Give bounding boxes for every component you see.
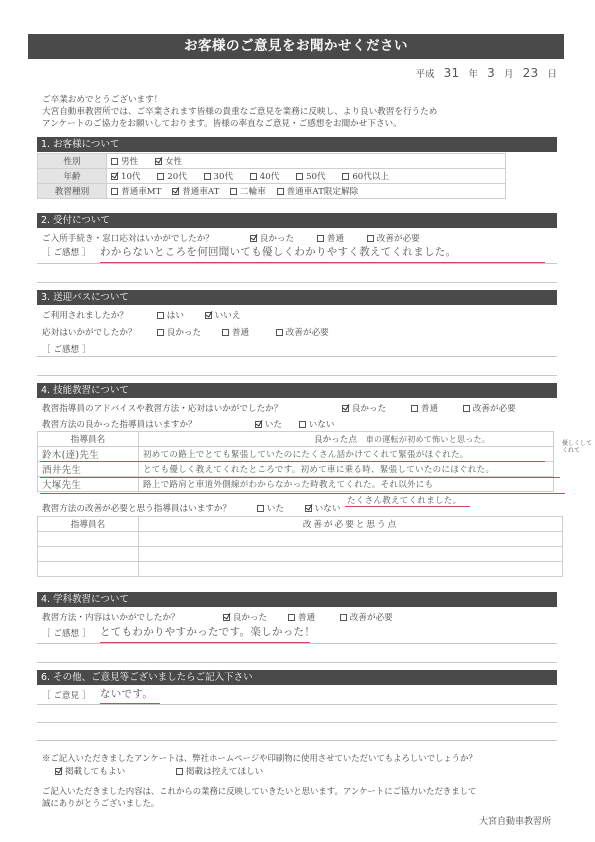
checkbox-icon[interactable] (250, 173, 257, 180)
divider (37, 263, 557, 264)
instructor-name[interactable]: 鈴木(達)先生 (38, 447, 139, 462)
date-year-label: 年 (469, 69, 479, 80)
instructor-advice-question: 教習指導員のアドバイスや教習方法・応対はいかがでしたか？ 良かった 普通 改善が… (42, 402, 530, 414)
option-existed[interactable]: いた (255, 420, 282, 430)
option-normal[interactable]: 普通 (411, 404, 438, 414)
instructor-name-header: 指導員名 (38, 432, 139, 447)
good-point[interactable]: 路上で路肩と車道外側線がわからなかった時教えてくれた。それ以外にも (139, 477, 554, 492)
table-row: 大塚先生 路上で路肩と車道外側線がわからなかった時教えてくれた。それ以外にも (38, 477, 554, 492)
instructor-name[interactable] (38, 532, 139, 547)
good-point[interactable]: 初めての路上でとても緊張していたのにたくさん話かけてくれて緊張がほぐれた。 (139, 447, 554, 462)
other-comment[interactable]: ないです。 (100, 686, 153, 701)
checkbox-icon[interactable] (230, 188, 237, 195)
section-5-header: 4. 学科教習について (37, 592, 557, 607)
option-needs-improvement[interactable]: 改善が必要 (367, 234, 420, 244)
table-row (38, 547, 563, 562)
divider (37, 662, 557, 663)
divider (37, 740, 557, 741)
option-publish-ok[interactable]: 掲載してもよい (55, 767, 125, 777)
consent-options: 掲載してもよい 掲載は控えてほしい (55, 765, 277, 777)
checkbox-icon[interactable] (257, 505, 264, 512)
improve-points-header: 改善が必要と思う点 (139, 517, 563, 532)
other-comment-label: ［ ご意見 ］ (42, 689, 90, 701)
thanks-text: ご記入いただきました内容は、これからの業務に反映していきたいと思います。アンケー… (42, 785, 476, 809)
customer-info-table: 性別 男性 女性 年齢 10代 20代 30代 40代 50代 60代以上 教習… (37, 153, 506, 199)
checkbox-icon[interactable] (111, 188, 118, 195)
header-note: 車の運転が初めて怖いと思った。 (366, 435, 491, 444)
checkbox-icon[interactable] (111, 158, 118, 165)
option-40s[interactable]: 40代 (250, 172, 280, 182)
checkbox-icon[interactable] (463, 405, 470, 412)
instructor-name-header: 指導員名 (38, 517, 139, 532)
school-name: 大宮自動車教習所 (479, 814, 551, 827)
checkbox-checked-icon[interactable] (223, 614, 230, 621)
checkbox-checked-icon[interactable] (172, 188, 179, 195)
reception-comment-label: ［ ご感想 ］ (42, 246, 90, 258)
section-4-header: 4. 技能教習について (37, 383, 557, 398)
checkbox-icon[interactable] (222, 329, 229, 336)
instructor-name[interactable] (38, 547, 139, 562)
option-normal[interactable]: 普通 (288, 613, 315, 623)
table-row: 酒井先生 とても優しく教えてくれたところです。初めて車に乗る時、緊張していたのに… (38, 462, 554, 477)
intro-line-2: 大宮自動車教習所では、ご卒業されます皆様の貴重なご意見を業務に反映し、より良い教… (42, 106, 437, 118)
section-1-header: 1. お客様について (37, 137, 557, 152)
option-at[interactable]: 普通車AT (172, 187, 219, 197)
checkbox-checked-icon[interactable] (255, 421, 262, 428)
thanks-line-1: ご記入いただきました内容は、これからの業務に反映していきたいと思います。アンケー… (42, 785, 476, 797)
continuation-comment[interactable]: たくさん教えてくれました。 (347, 494, 461, 506)
intro-text: ご卒業おめでとうございます！ 大宮自動車教習所では、ご卒業されます皆様の貴重なご… (42, 94, 437, 130)
course-type-row: 教習種別 普通車MT 普通車AT 二輪車 普通車AT限定解除 (38, 184, 506, 199)
checkbox-checked-icon[interactable] (305, 505, 312, 512)
course-type-label: 教習種別 (38, 184, 107, 199)
divider (37, 722, 557, 723)
bus-service-question: 応対はいかがでしたか？ 良かった 普通 改善が必要 (42, 326, 343, 338)
reception-question: ご入所手続き・窓口応対はいかがでしたか？ 良かった 普通 改善が必要 (42, 232, 434, 244)
checkbox-icon[interactable] (299, 421, 306, 428)
checkbox-icon[interactable] (157, 329, 164, 336)
date-era: 平成 (416, 69, 435, 80)
option-needs-improvement[interactable]: 改善が必要 (463, 404, 516, 414)
option-good[interactable]: 良かった (250, 234, 294, 244)
checkbox-icon[interactable] (157, 173, 164, 180)
checkbox-icon[interactable] (204, 173, 211, 180)
highlight-underline (40, 493, 565, 494)
highlight-underline (40, 477, 560, 478)
improve-point[interactable] (139, 532, 563, 547)
thanks-line-2: 誠にありがとうございました。 (42, 797, 476, 809)
highlight-underline (345, 506, 470, 507)
instructor-name[interactable] (38, 562, 139, 577)
good-points-header: 良かった点 (314, 435, 357, 445)
checkbox-icon[interactable] (317, 235, 324, 242)
table-row (38, 532, 563, 547)
option-30s[interactable]: 30代 (204, 172, 234, 182)
checkbox-icon[interactable] (342, 173, 349, 180)
option-needs-improvement[interactable]: 改善が必要 (276, 328, 329, 338)
option-male[interactable]: 男性 (111, 157, 138, 167)
checkbox-checked-icon[interactable] (155, 158, 162, 165)
lecture-comment[interactable]: とてもわかりやすかったです。楽しかった！ (100, 624, 315, 639)
date-day-label: 日 (547, 69, 557, 80)
section-3-header: 3. 送迎バスについて (37, 290, 557, 305)
date-month-label: 月 (504, 69, 514, 80)
checkbox-icon[interactable] (176, 768, 183, 775)
instructor-name[interactable]: 大塚先生 (38, 477, 139, 492)
option-50s[interactable]: 50代 (296, 172, 326, 182)
option-good[interactable]: 良かった (342, 404, 386, 414)
gender-label: 性別 (38, 154, 107, 169)
date-field: 平成 31 年 3 月 23 日 (416, 66, 557, 80)
option-no[interactable]: いいえ (205, 311, 241, 321)
option-good[interactable]: 良かった (157, 328, 201, 338)
table-row (38, 562, 563, 577)
improve-instructor-question: 教習方法の改善が必要と思う指導員はいますか？ いた いない (42, 502, 354, 514)
option-good[interactable]: 良かった (223, 613, 267, 623)
bus-usage-question: ご利用されましたか？ はい いいえ (42, 309, 254, 321)
checkbox-checked-icon[interactable] (205, 312, 212, 319)
checkbox-icon[interactable] (367, 235, 374, 242)
option-publish-no[interactable]: 掲載は控えてほしい (176, 767, 263, 777)
intro-line-1: ご卒業おめでとうございます！ (42, 94, 437, 106)
lecture-question: 教習方法・内容はいかがでしたか？ 良かった 普通 改善が必要 (42, 611, 407, 623)
lecture-comment-label: ［ ご感想 ］ (42, 627, 90, 639)
good-instructor-question: 教習方法の良かった指導員はいますか？ いた いない (42, 418, 348, 430)
checkbox-icon[interactable] (296, 173, 303, 180)
age-row: 年齢 10代 20代 30代 40代 50代 60代以上 (38, 169, 506, 184)
checkbox-icon[interactable] (340, 614, 347, 621)
option-60s-plus[interactable]: 60代以上 (342, 172, 389, 182)
checkbox-icon[interactable] (277, 188, 284, 195)
date-month[interactable]: 3 (487, 66, 495, 80)
date-day[interactable]: 23 (523, 66, 539, 80)
option-20s[interactable]: 20代 (157, 172, 187, 182)
divider (37, 375, 557, 376)
margin-note: 優しくしてくれて (562, 440, 592, 454)
good-point[interactable]: とても優しく教えてくれたところです。初めて車に乗る時、緊張していたのにほぐれた。 (139, 462, 554, 477)
improve-instructor-table: 指導員名 改善が必要と思う点 (37, 516, 563, 577)
checkbox-checked-icon[interactable] (250, 235, 257, 242)
option-female[interactable]: 女性 (155, 157, 182, 167)
option-none[interactable]: いない (299, 420, 335, 430)
option-existed[interactable]: いた (257, 504, 284, 514)
date-year[interactable]: 31 (444, 66, 460, 80)
option-none[interactable]: いない (305, 504, 341, 514)
table-row: 鈴木(達)先生 初めての路上でとても緊張していたのにたくさん話かけてくれて緊張が… (38, 447, 554, 462)
reception-comment[interactable]: わからないところを何回聞いても優しくわかりやすく教えてくれました。 (100, 244, 456, 259)
table-header: 指導員名 良かった点 車の運転が初めて怖いと思った。 (38, 432, 554, 447)
improve-point[interactable] (139, 547, 563, 562)
form-title: お客様のご意見をお聞かせください (28, 34, 564, 59)
option-motorcycle[interactable]: 二輪車 (230, 187, 266, 197)
gender-row: 性別 男性 女性 (38, 154, 506, 169)
section-6-header: 6. その他、ご意見等ございましたらご記入下さい (37, 670, 557, 685)
checkbox-checked-icon[interactable] (55, 768, 62, 775)
option-normal[interactable]: 普通 (222, 328, 249, 338)
option-mt[interactable]: 普通車MT (111, 187, 161, 197)
checkbox-icon[interactable] (276, 329, 283, 336)
checkbox-checked-icon[interactable] (342, 405, 349, 412)
age-label: 年齢 (38, 169, 107, 184)
option-10s[interactable]: 10代 (111, 172, 141, 182)
divider (37, 356, 557, 357)
checkbox-checked-icon[interactable] (111, 173, 118, 180)
option-normal[interactable]: 普通 (317, 234, 344, 244)
checkbox-icon[interactable] (157, 312, 164, 319)
divider (37, 704, 557, 705)
table-header: 指導員名 改善が必要と思う点 (38, 517, 563, 532)
checkbox-icon[interactable] (411, 405, 418, 412)
option-yes[interactable]: はい (157, 311, 184, 321)
section-2-header: 2. 受付について (37, 213, 557, 228)
instructor-name[interactable]: 酒井先生 (38, 462, 139, 477)
option-needs-improvement[interactable]: 改善が必要 (340, 613, 393, 623)
highlight-underline (40, 461, 545, 462)
divider (37, 643, 557, 644)
bus-comment-label: ［ ご感想 ］ (42, 343, 90, 355)
consent-question: ※ご記入いただきましたアンケートは、弊社ホームページや印刷物に使用させていただい… (42, 752, 477, 764)
improve-point[interactable] (139, 562, 563, 577)
option-at-limit-removal[interactable]: 普通車AT限定解除 (277, 187, 359, 197)
checkbox-icon[interactable] (288, 614, 295, 621)
intro-line-3: アンケートのご協力をお願いしております。皆様の率直なご意見・ご感想をお聞かせ下さ… (42, 118, 437, 130)
divider (37, 282, 557, 283)
